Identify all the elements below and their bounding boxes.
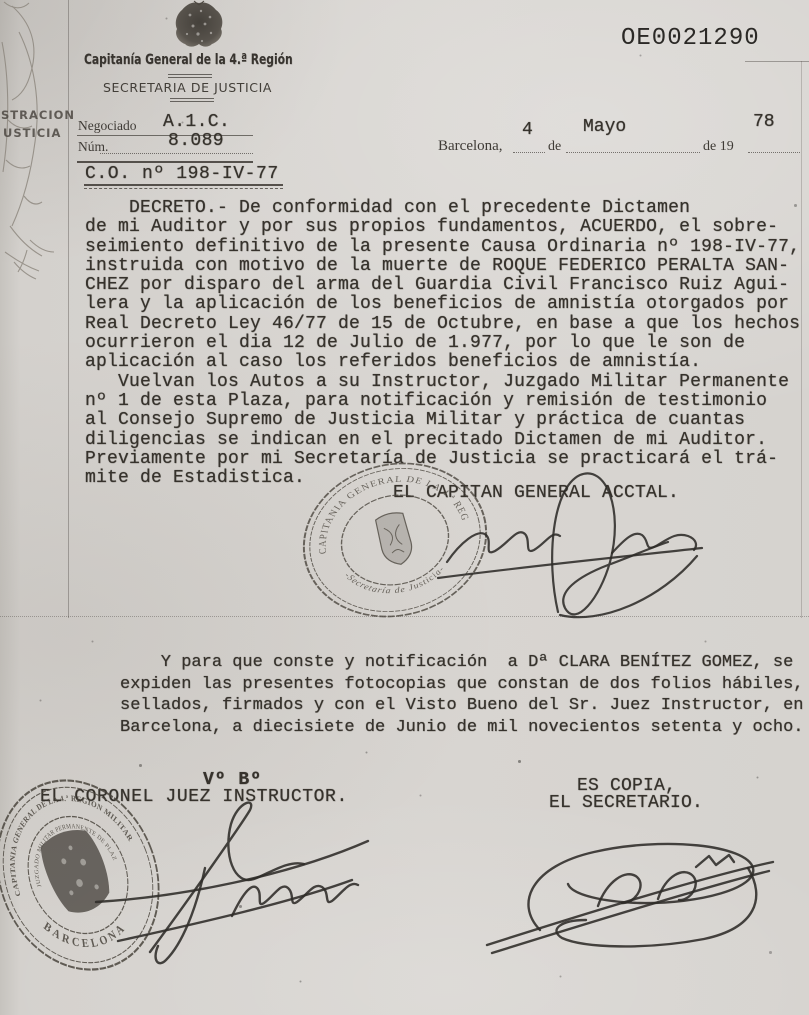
negociado-value: A.1.C. xyxy=(163,112,230,132)
decree-line: Real Decreto Ley 46/77 de 15 de Octubre,… xyxy=(85,315,800,334)
dateline-day: 4 xyxy=(522,120,533,140)
decree-body: DECRETO.- De conformidad con el preceden… xyxy=(85,199,800,488)
justicia-stamp: CAPITANIA GENERAL DE LA 4.ª REGION -Secr… xyxy=(293,455,498,625)
decree-line: nº 1 de esta Plaza, para notificación y … xyxy=(85,392,800,411)
dateline-dots-2 xyxy=(566,152,700,153)
case-ref-underline-2 xyxy=(84,188,283,189)
decree-line: diligencias se indican en el precitado D… xyxy=(85,431,800,450)
decree-line: CHEZ por disparo del arma del Guardia Ci… xyxy=(85,276,800,295)
dateline-dots-1 xyxy=(513,152,545,153)
right-margin-rule xyxy=(801,61,802,618)
juzgado-stamp: CAPITANIA GENERAL DE LA 4.ª REGION MILIT… xyxy=(0,772,177,984)
dateline-de2: de 19 xyxy=(703,139,734,155)
dateline-year: 78 xyxy=(753,112,775,132)
decree-line: de mi Auditor y por sus propios fundamen… xyxy=(85,218,800,237)
num-bottom-rule xyxy=(77,161,253,163)
certification-line: expiden las presentes fotocopias que con… xyxy=(120,674,804,696)
org-underline-1 xyxy=(168,74,212,75)
dept-underline-2 xyxy=(170,101,214,102)
decree-line: seimiento definitivo de la presente Caus… xyxy=(85,238,800,257)
secretario-signature xyxy=(487,844,773,953)
serial-number: OE0021290 xyxy=(621,25,760,52)
decree-line: instruida con motivo de la muerte de ROQ… xyxy=(85,257,800,276)
dateline-de1: de xyxy=(548,139,561,155)
secretario-title: EL SECRETARIO. xyxy=(549,793,703,813)
dateline-dots-3 xyxy=(748,152,800,153)
negociado-label: Negociado xyxy=(78,118,136,134)
case-ref: C.O. nº 198-IV-77 xyxy=(85,164,279,184)
org-underline-2 xyxy=(168,77,212,78)
case-ref-underline-1 xyxy=(84,184,283,186)
certification-line: Barcelona, a diecisiete de Junio de mil … xyxy=(120,717,804,739)
negociado-rule xyxy=(77,135,253,136)
org-title: Capitanía General de la 4.ª Región xyxy=(84,52,293,68)
margin-eagle-emblem-icon xyxy=(0,0,62,290)
margin-text-fragment-1: STRACION xyxy=(1,108,75,122)
dateline-city: Barcelona, xyxy=(438,138,503,155)
num-value: 8.089 xyxy=(168,131,224,151)
certification-line: Y para que conste y notificación a Dª CL… xyxy=(120,652,804,674)
decree-line: DECRETO.- De conformidad con el preceden… xyxy=(85,199,800,218)
top-right-rule xyxy=(745,61,809,62)
decree-line: aplicación al caso los referidos benefic… xyxy=(85,353,800,372)
decree-line: al Consejo Supremo de Justicia Militar y… xyxy=(85,411,800,430)
certification-line: sellados, firmados y con el Visto Bueno … xyxy=(120,695,804,717)
decree-line: Vuelvan los Autos a su Instructor, Juzga… xyxy=(85,373,800,392)
num-dotted-rule xyxy=(100,153,253,154)
certification-body: Y para que conste y notificación a Dª CL… xyxy=(120,652,804,738)
coat-of-arms-icon xyxy=(168,0,230,52)
decree-line: lera y la aplicación de los beneficios d… xyxy=(85,295,800,314)
dept-title: SECRETARIA DE JUSTICIA xyxy=(103,80,272,95)
dateline-month: Mayo xyxy=(583,117,626,137)
left-margin-rule xyxy=(68,0,69,618)
dept-underline-1 xyxy=(170,98,214,99)
justicia-stamp-shield-icon xyxy=(374,510,416,568)
decree-line: ocurrieron el dia 12 de Julio de 1.977, … xyxy=(85,334,800,353)
document-page: STRACION USTICIA Capitanía General de la… xyxy=(0,0,809,1015)
margin-text-fragment-2: USTICIA xyxy=(3,126,61,140)
